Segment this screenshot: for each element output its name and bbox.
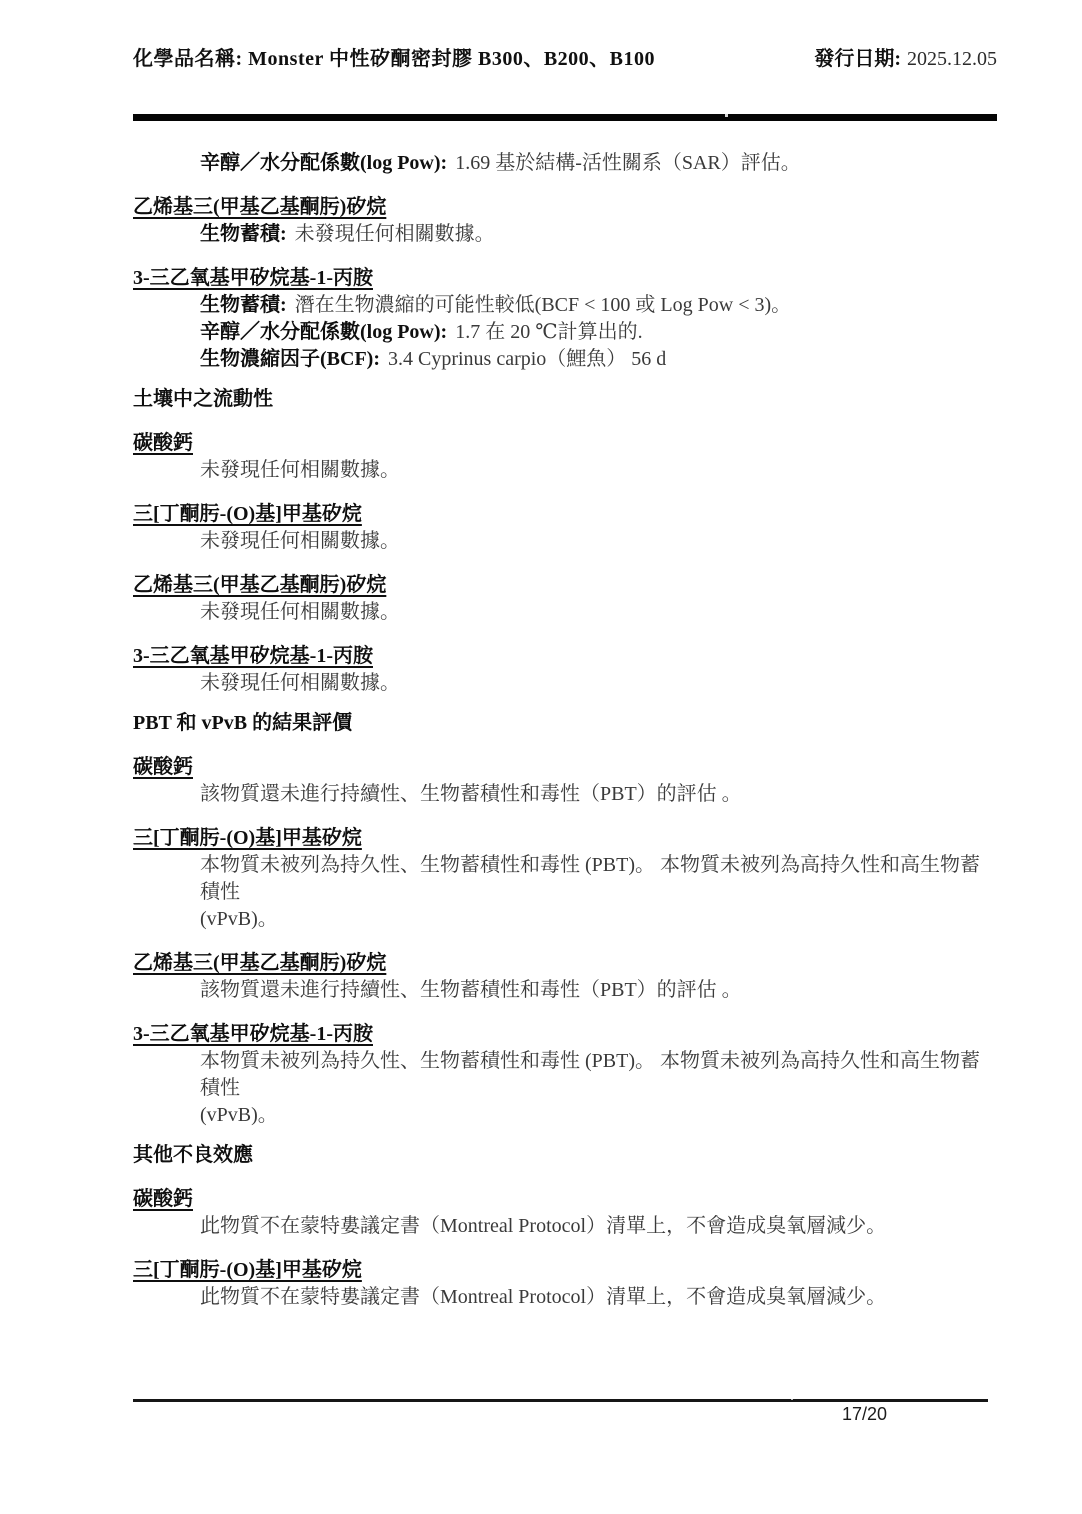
substance-heading-butanone-oxime-silane: 三[丁酮肟-(O)基]甲基矽烷 xyxy=(133,825,997,852)
paragraph-pbt-assessment: 本物質未被列為持久性、生物蓄積性和毒性 (PBT)。 本物質未被列為高持久性和高… xyxy=(133,1048,997,1129)
property-line-bcf: 生物濃縮因子(BCF):3.4 Cyprinus carpio（鯉魚） 56 d xyxy=(133,346,997,373)
property-line-log-pow: 辛醇／水分配係數(log Pow):1.69 基於結構-活性關系（SAR）評估。 xyxy=(133,150,997,177)
property-value: 潛在生物濃縮的可能性較低(BCF < 100 或 Log Pow < 3)。 xyxy=(295,294,791,316)
property-value: 未發現任何相關數據。 xyxy=(295,223,495,245)
property-line-bioaccumulation: 生物蓄積:潛在生物濃縮的可能性較低(BCF < 100 或 Log Pow < … xyxy=(133,292,997,319)
issue-date-label: 發行日期: xyxy=(814,48,901,70)
page-header: 化學品名稱: Monster 中性矽酮密封膠 B300、B200、B100 發行… xyxy=(133,46,997,72)
property-label: 辛醇／水分配係數(log Pow): xyxy=(200,152,447,174)
property-line-bioaccumulation: 生物蓄積:未發現任何相關數據。 xyxy=(133,221,997,248)
paragraph-pbt-assessment: 該物質還未進行持續性、生物蓄積性和毒性（PBT）的評估 。 xyxy=(133,977,997,1004)
document-body: 辛醇／水分配係數(log Pow):1.69 基於結構-活性關系（SAR）評估。… xyxy=(133,150,997,1311)
substance-heading-vinyl-silane: 乙烯基三(甲基乙基酮肟)矽烷 xyxy=(133,194,997,221)
property-label: 生物濃縮因子(BCF): xyxy=(200,348,380,370)
paragraph-no-data: 未發現任何相關數據。 xyxy=(133,457,997,484)
paragraph-montreal-protocol: 此物質不在蒙特婁議定書（Montreal Protocol）清單上，不會造成臭氧… xyxy=(133,1213,997,1240)
substance-heading-butanone-oxime-silane: 三[丁酮肟-(O)基]甲基矽烷 xyxy=(133,501,997,528)
section-heading-pbt-vpvb: PBT 和 vPvB 的結果評價 xyxy=(133,710,997,737)
substance-heading-calcium-carbonate: 碳酸鈣 xyxy=(133,430,997,457)
paragraph-no-data: 未發現任何相關數據。 xyxy=(133,599,997,626)
property-value: 1.69 基於結構-活性關系（SAR）評估。 xyxy=(455,152,801,174)
substance-heading-vinyl-silane: 乙烯基三(甲基乙基酮肟)矽烷 xyxy=(133,572,997,599)
header-rule-scan-gap xyxy=(725,114,728,117)
paragraph-montreal-protocol: 此物質不在蒙特婁議定書（Montreal Protocol）清單上，不會造成臭氧… xyxy=(133,1284,997,1311)
property-label: 生物蓄積: xyxy=(200,294,287,316)
substance-heading-triethoxysilyl-propylamine: 3-三乙氧基甲矽烷基-1-丙胺 xyxy=(133,643,997,670)
section-heading-soil-mobility: 土壤中之流動性 xyxy=(133,386,997,413)
substance-heading-calcium-carbonate: 碳酸鈣 xyxy=(133,1186,997,1213)
substance-heading-calcium-carbonate: 碳酸鈣 xyxy=(133,754,997,781)
footer-rule-scan-gap xyxy=(791,1399,793,1400)
header-rule xyxy=(133,114,997,121)
substance-heading-butanone-oxime-silane: 三[丁酮肟-(O)基]甲基矽烷 xyxy=(133,1257,997,1284)
footer-rule xyxy=(133,1399,988,1402)
property-label: 辛醇／水分配係數(log Pow): xyxy=(200,321,447,343)
paragraph-no-data: 未發現任何相關數據。 xyxy=(133,670,997,697)
substance-heading-triethoxysilyl-propylamine: 3-三乙氧基甲矽烷基-1-丙胺 xyxy=(133,1021,997,1048)
paragraph-pbt-assessment: 該物質還未進行持續性、生物蓄積性和毒性（PBT）的評估 。 xyxy=(133,781,997,808)
substance-heading-triethoxysilyl-propylamine: 3-三乙氧基甲矽烷基-1-丙胺 xyxy=(133,265,997,292)
property-line-log-pow: 辛醇／水分配係數(log Pow):1.7 在 20 ℃計算出的. xyxy=(133,319,997,346)
paragraph-no-data: 未發現任何相關數據。 xyxy=(133,528,997,555)
paragraph-pbt-assessment: 本物質未被列為持久性、生物蓄積性和毒性 (PBT)。 本物質未被列為高持久性和高… xyxy=(133,852,997,933)
property-value: 3.4 Cyprinus carpio（鯉魚） 56 d xyxy=(388,348,666,370)
chemical-name-header: 化學品名稱: Monster 中性矽酮密封膠 B300、B200、B100 xyxy=(133,46,655,72)
substance-heading-vinyl-silane: 乙烯基三(甲基乙基酮肟)矽烷 xyxy=(133,950,997,977)
property-value: 1.7 在 20 ℃計算出的. xyxy=(455,321,642,343)
property-label: 生物蓄積: xyxy=(200,223,287,245)
issue-date-value: 2025.12.05 xyxy=(907,48,997,70)
page-number: 17/20 xyxy=(842,1404,887,1425)
issue-date: 發行日期:2025.12.05 xyxy=(814,46,997,72)
section-heading-other-adverse-effects: 其他不良效應 xyxy=(133,1142,997,1169)
